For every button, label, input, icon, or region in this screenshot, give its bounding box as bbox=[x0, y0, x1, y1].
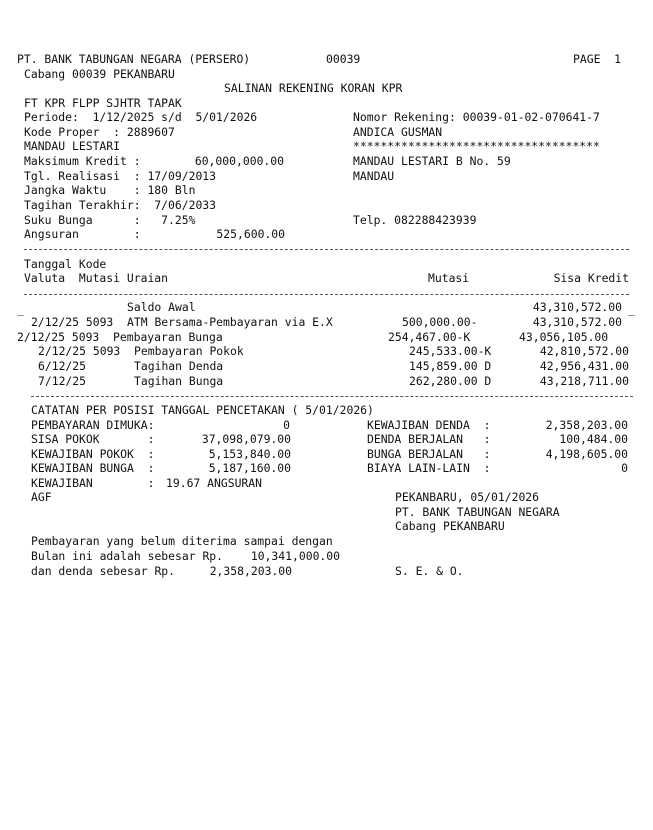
denda-berjalan-label: DENDA BERJALAN : bbox=[367, 432, 490, 446]
kewajiban-denda-label: KEWAJIBAN DENDA : bbox=[367, 418, 490, 432]
footer-unpaid-label: Bulan ini adalah sebesar Rp. bbox=[31, 549, 223, 563]
jangka-waktu: Jangka Waktu : 180 Bln bbox=[24, 183, 195, 197]
angsuran-value: 525,600.00 bbox=[170, 227, 285, 241]
kewajiban-bunga-value: 5,187,160.00 bbox=[170, 461, 291, 475]
table-row-sisa: 42,956,431.00 bbox=[496, 359, 629, 373]
table-row-sisa: 43,310,572.00 bbox=[490, 300, 622, 314]
address-line-2: MANDAU bbox=[353, 169, 394, 183]
kode-proper: Kode Proper : 2889607 bbox=[24, 125, 175, 139]
table-row-sisa: 43,218,711.00 bbox=[496, 374, 629, 388]
footer-line-1: Pembayaran yang belum diterima sampai de… bbox=[31, 534, 333, 548]
column-header-sisa-kredit: Sisa Kredit bbox=[520, 271, 629, 285]
bunga-berjalan-label: BUNGA BERJALAN : bbox=[367, 447, 490, 461]
kewajiban-pokok-value: 5,153,840.00 bbox=[170, 447, 291, 461]
sisa-pokok-value: 37,098,079.00 bbox=[170, 432, 291, 446]
star-separator: ************************************ bbox=[353, 139, 600, 153]
suku-bunga: Suku Bunga : 7.25% bbox=[24, 213, 195, 227]
footer-denda-value: 2,358,203.00 bbox=[190, 564, 292, 578]
separator-line bbox=[24, 294, 629, 295]
bank-name: PT. BANK TABUNGAN NEGARA (PERSERO) bbox=[17, 52, 250, 66]
column-header-mutasi: Mutasi bbox=[428, 271, 469, 285]
separator-line bbox=[24, 249, 629, 250]
maksimum-kredit-label: Maksimum Kredit : bbox=[24, 154, 141, 168]
denda-berjalan-value: 100,484.00 bbox=[500, 432, 628, 446]
kewajiban-value: 19.67 ANGSURAN bbox=[166, 476, 262, 490]
table-row-sisa: 43,310,572.00 bbox=[490, 315, 622, 329]
bunga-berjalan-value: 4,198,605.00 bbox=[500, 447, 628, 461]
kewajiban-label: KEWAJIBAN : bbox=[31, 476, 154, 490]
row-marker: _ bbox=[17, 302, 24, 316]
table-row-mutasi: 254,467.00-K bbox=[388, 330, 470, 344]
signature-bank: PT. BANK TABUNGAN NEGARA bbox=[395, 505, 560, 519]
table-row-mutasi: 245,533.00-K bbox=[409, 344, 491, 358]
table-row-sisa: 42,810,572.00 bbox=[496, 344, 629, 358]
angsuran-label: Angsuran : bbox=[24, 227, 141, 241]
telephone: Telp. 082288423939 bbox=[353, 213, 476, 227]
project-name: MANDAU LESTARI bbox=[24, 139, 120, 153]
operator-initials: AGF bbox=[31, 490, 52, 504]
signature-branch: Cabang PEKANBARU bbox=[395, 519, 505, 533]
page-number: PAGE 1 bbox=[573, 52, 621, 66]
footer-denda-label: dan denda sebesar Rp. bbox=[31, 564, 175, 578]
table-header-line-1: Tanggal Kode bbox=[24, 257, 106, 271]
table-row-uraian: 2/12/25 5093 Pembayaran Bunga bbox=[17, 330, 223, 344]
tagihan-terakhir: Tagihan Terakhir: 7/06/2033 bbox=[24, 198, 216, 212]
signature-place-date: PEKANBARU, 05/01/2026 bbox=[395, 490, 539, 504]
biaya-lain-label: BIAYA LAIN-LAIN : bbox=[367, 461, 490, 475]
table-row-mutasi: 500,000.00- bbox=[402, 315, 477, 329]
notes-title: CATATAN PER POSISI TANGGAL PENCETAKAN ( … bbox=[31, 403, 374, 417]
table-row-mutasi: 262,280.00 D bbox=[409, 374, 491, 388]
sisa-pokok-label: SISA POKOK : bbox=[31, 432, 154, 446]
kewajiban-bunga-label: KEWAJIBAN BUNGA : bbox=[31, 461, 154, 475]
pembayaran-dimuka-value: 0 bbox=[170, 418, 290, 432]
tgl-realisasi: Tgl. Realisasi : 17/09/2013 bbox=[24, 169, 216, 183]
table-row-uraian: 7/12/25 Tagihan Bunga bbox=[38, 374, 223, 388]
nomor-rekening: Nomor Rekening: 00039-01-02-070641-7 bbox=[353, 110, 600, 124]
branch-line: Cabang 00039 PEKANBARU bbox=[24, 67, 175, 81]
kewajiban-pokok-label: KEWAJIBAN POKOK : bbox=[31, 447, 154, 461]
document-title: SALINAN REKENING KORAN KPR bbox=[224, 81, 402, 95]
address-line-1: MANDAU LESTARI B No. 59 bbox=[353, 154, 511, 168]
table-row-uraian: 2/12/25 5093 ATM Bersama-Pembayaran via … bbox=[31, 315, 333, 329]
separator-line bbox=[31, 396, 633, 397]
product-name: FT KPR FLPP SJHTR TAPAK bbox=[24, 96, 182, 110]
errors-omissions-note: S. E. & O. bbox=[395, 564, 464, 578]
table-row-uraian: 6/12/25 Tagihan Denda bbox=[38, 359, 223, 373]
customer-name: ANDICA GUSMAN bbox=[353, 125, 442, 139]
pembayaran-dimuka-label: PEMBAYARAN DIMUKA: bbox=[31, 418, 154, 432]
biaya-lain-value: 0 bbox=[500, 461, 628, 475]
table-row-uraian: Saldo Awal bbox=[127, 300, 196, 314]
row-marker: _ bbox=[628, 302, 635, 316]
table-row-mutasi: 145,859.00 D bbox=[409, 359, 491, 373]
table-row-sisa: 43,056,105.00 bbox=[519, 330, 608, 344]
periode: Periode: 1/12/2025 s/d 5/01/2026 bbox=[24, 110, 257, 124]
kewajiban-denda-value: 2,358,203.00 bbox=[500, 418, 628, 432]
branch-code: 00039 bbox=[326, 52, 360, 66]
table-header-line-2: Valuta Mutasi Uraian bbox=[24, 271, 168, 285]
table-row-uraian: 2/12/25 5093 Pembayaran Pokok bbox=[38, 344, 244, 358]
footer-unpaid-value: 10,341,000.00 bbox=[230, 549, 340, 563]
maksimum-kredit-value: 60,000,000.00 bbox=[150, 154, 284, 168]
